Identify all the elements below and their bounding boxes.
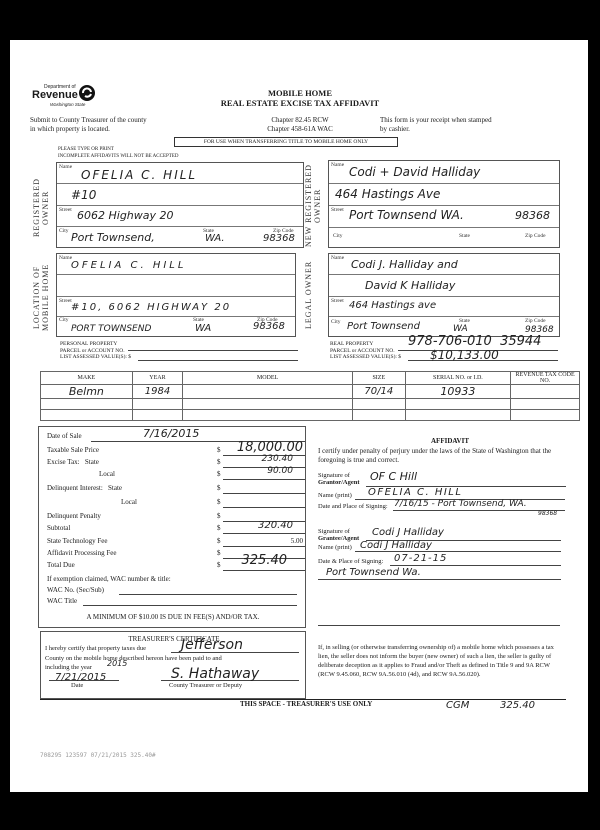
table-row xyxy=(41,399,580,410)
location-zip[interactable]: 98368 xyxy=(253,321,285,332)
registered-owner-line2[interactable]: #10 xyxy=(71,188,96,202)
grantor-date-label: Date and Place of Signing: xyxy=(318,503,388,510)
treasurer-text3: including the year xyxy=(45,664,92,671)
new-owner-name[interactable]: Codi + David Halliday xyxy=(349,165,480,179)
wac-title-field[interactable] xyxy=(83,597,297,606)
registered-owner-box: Name OFELIA C. HILL #10 Street 6062 High… xyxy=(56,162,304,248)
treasurer-title: TREASURER'S CERTIFICATE xyxy=(41,635,307,643)
new-registered-owner-box: Name Codi + David Halliday 464 Hastings … xyxy=(328,160,560,248)
legal-owner-street[interactable]: 464 Hastings ave xyxy=(349,300,436,311)
grantee-place-field[interactable] xyxy=(318,570,561,580)
affidavit-title: AFFIDAVIT xyxy=(320,437,580,445)
grantor-signature[interactable]: OF C Hill xyxy=(370,470,417,483)
treasurer-text1: I hereby certify that property taxes due xyxy=(45,645,146,652)
registered-owner-state[interactable]: WA. xyxy=(205,233,225,244)
personal-assessed-label: LIST ASSESSED VALUE(S): $ xyxy=(60,354,131,360)
location-state[interactable]: WA xyxy=(195,323,211,334)
revenue-logo: Department of Revenue Washington State xyxy=(30,84,100,114)
affidavit-page: Department of Revenue Washington State M… xyxy=(10,40,588,792)
table-header-row: MAKE YEAR MODEL SIZE SERIAL NO. or I.D. … xyxy=(41,372,580,385)
wac-no-field[interactable] xyxy=(119,586,297,595)
fee-row-delinquent-state: Delinquent Interest: State$ xyxy=(47,484,307,495)
col-make: MAKE xyxy=(41,372,133,385)
use-notice: FOR USE WHEN TRANSFERRING TITLE TO MOBIL… xyxy=(174,137,398,147)
fee-row-state-technology-fee: State Technology Fee$5.00 xyxy=(47,537,307,548)
cell-make[interactable]: Belmn xyxy=(41,385,133,399)
legal-owner-name[interactable]: Codi J. Halliday and xyxy=(351,258,458,271)
real-assessed-value[interactable]: $10,133.00 xyxy=(430,348,499,362)
grantee-date[interactable]: 07-21-15 xyxy=(394,553,447,564)
chapter-references: Chapter 82.45 RCW Chapter 458-61A WAC xyxy=(240,116,360,134)
registered-owner-name[interactable]: OFELIA C. HILL xyxy=(81,168,197,182)
cell-serial[interactable]: 10933 xyxy=(405,385,511,399)
grantor-name-label: Name (print) xyxy=(318,492,352,499)
minimum-notice: A MINIMUM OF $10.00 IS DUE IN FEE(S) AND… xyxy=(39,613,307,621)
cell-year[interactable]: 1984 xyxy=(132,385,182,399)
location-label: LOCATION OF MOBILE HOME xyxy=(32,254,54,340)
fee-box: Date of Sale 7/16/2015 Taxable Sale Pric… xyxy=(38,426,306,628)
revenue-swirl-icon xyxy=(78,84,96,102)
legal-owner-state[interactable]: WA xyxy=(453,324,468,334)
cashier-amount: 325.40 xyxy=(500,700,535,711)
treasurer-signature[interactable]: S. Hathaway xyxy=(171,666,259,682)
cell-size[interactable]: 70/14 xyxy=(352,385,405,399)
receipt-stamp: 708295 123597 07/21/2015 325.40# xyxy=(40,752,156,759)
treasurer-county[interactable]: Jefferson xyxy=(181,637,243,653)
treasurer-signer-label: County Treasurer or Deputy xyxy=(169,682,242,689)
legal-owner-city[interactable]: Port Townsend xyxy=(347,321,420,332)
exemption-label: If exemption claimed, WAC number & title… xyxy=(47,575,171,583)
wac-title-label: WAC Title xyxy=(47,597,77,605)
registered-owner-zip[interactable]: 98368 xyxy=(263,233,295,244)
grantor-name[interactable]: OFELIA C. HILL xyxy=(368,487,462,498)
registered-owner-street[interactable]: 6062 Highway 20 xyxy=(77,209,174,222)
legal-owner-box: Name Codi J. Halliday and David K Hallid… xyxy=(328,253,560,337)
col-serial: SERIAL NO. or I.D. xyxy=(405,372,511,385)
new-registered-owner-label: NEW REGISTERED OWNER xyxy=(304,160,326,252)
grantor-date[interactable]: 7/16/15 - Port Townsend, WA. xyxy=(394,499,527,509)
col-model: MODEL xyxy=(183,372,353,385)
new-owner-line2[interactable]: 464 Hastings Ave xyxy=(335,187,440,201)
form-title-line1: MOBILE HOME xyxy=(190,88,410,98)
grantee-name[interactable]: Codi J Halliday xyxy=(360,540,432,551)
real-assessed-label: LIST ASSESSED VALUE(S): $ xyxy=(330,354,401,360)
location-city[interactable]: PORT TOWNSEND xyxy=(71,324,151,334)
grantor-signature-label: Signature of Grantor/Agent xyxy=(318,472,360,486)
treasurer-text2: County on the mobile home described here… xyxy=(45,655,222,662)
grantee-name-label: Name (print) xyxy=(318,544,352,551)
form-title-line2: REAL ESTATE EXCISE TAX AFFIDAVIT xyxy=(190,98,410,108)
mobile-home-table: MAKE YEAR MODEL SIZE SERIAL NO. or I.D. … xyxy=(40,371,580,421)
location-box: Name OFELIA C. HILL Street #10, 6062 HIG… xyxy=(56,253,296,337)
submit-instructions: Submit to County Treasurer of the county… xyxy=(30,116,147,134)
table-row: Belmn 1984 70/14 10933 xyxy=(41,385,580,399)
table-row xyxy=(41,410,580,421)
cell-model[interactable] xyxy=(183,385,353,399)
fee-row-subtotal: Subtotal$320.40 xyxy=(47,524,307,535)
receipt-notice: This form is your receipt when stamped b… xyxy=(380,116,492,134)
real-property-section: REAL PROPERTY PARCEL or ACCOUNT NO. xyxy=(330,341,395,354)
cell-tax-code[interactable] xyxy=(511,385,580,399)
print-notice: PLEASE TYPE OR PRINT INCOMPLETE AFFIDAVI… xyxy=(58,147,179,160)
treasurer-use-only-label: THIS SPACE - TREASURER'S USE ONLY xyxy=(240,700,372,708)
form-title: MOBILE HOME REAL ESTATE EXCISE TAX AFFID… xyxy=(190,88,410,108)
tax-lien-warning: If, in selling (or otherwise transferrin… xyxy=(318,643,562,679)
col-size: SIZE xyxy=(352,372,405,385)
registered-owner-label: REGISTERED OWNER xyxy=(32,165,54,251)
personal-parcel-field[interactable] xyxy=(128,343,298,351)
col-year: YEAR xyxy=(132,372,182,385)
new-owner-street[interactable]: Port Townsend WA. xyxy=(349,208,464,222)
real-parcel-value[interactable]: 978-706-010 35944 xyxy=(408,334,541,349)
grantee-signature[interactable]: Codi J Halliday xyxy=(372,527,444,538)
location-name[interactable]: OFELIA C. HILL xyxy=(71,260,186,271)
grantee-signature-label: Signature of Grantee/Agent xyxy=(318,528,359,542)
treasurer-date-label: Date xyxy=(71,682,83,689)
wac-no-label: WAC No. (Sec/Sub) xyxy=(47,586,104,594)
cashier-initials: CGM xyxy=(446,700,469,711)
col-tax-code: REVENUE TAX CODE NO. xyxy=(511,372,580,385)
fee-row-delinquent-local: Local$ xyxy=(47,498,307,509)
personal-assessed-field[interactable] xyxy=(138,354,298,361)
grantee-date-label: Date & Place of Signing: xyxy=(318,558,383,565)
treasurer-year[interactable]: 2015 xyxy=(107,659,127,668)
legal-owner-label: LEGAL OWNER xyxy=(304,253,326,337)
date-of-sale-value[interactable]: 7/16/2015 xyxy=(143,427,199,440)
affidavit-statement: I certify under penalty of perjury under… xyxy=(318,447,578,465)
legal-owner-line2[interactable]: David K Halliday xyxy=(365,279,455,292)
grantor-date-zip[interactable]: 98368 xyxy=(538,510,557,517)
new-owner-zip[interactable]: 98368 xyxy=(515,209,550,222)
fee-row-excise-local: Local$90.00 xyxy=(47,470,307,481)
location-street[interactable]: #10, 6062 HIGHWAY 20 xyxy=(71,302,231,313)
fee-row-total-due: Total Due$325.40 xyxy=(47,561,307,572)
logo-agency-name: Revenue xyxy=(32,89,78,101)
personal-property-section: PERSONAL PROPERTY PARCEL or ACCOUNT NO. xyxy=(60,341,125,355)
registered-owner-city[interactable]: Port Townsend, xyxy=(71,231,155,244)
treasurer-certificate-box: TREASURER'S CERTIFICATE I hereby certify… xyxy=(40,631,306,699)
logo-agency-state: Washington State xyxy=(50,102,85,107)
